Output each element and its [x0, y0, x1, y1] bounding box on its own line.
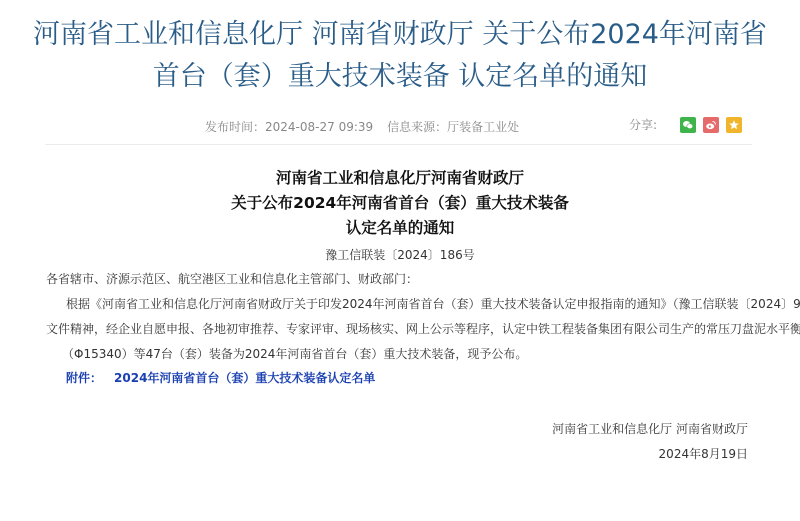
- star-icon: [728, 119, 740, 131]
- share-wechat-button[interactable]: [680, 117, 696, 133]
- attachment-link[interactable]: 2024年河南省首台（套）重大技术装备认定名单: [114, 371, 375, 385]
- page-title-line1: 河南省工业和信息化厅 河南省财政厅 关于公布2024年河南省: [0, 14, 800, 56]
- page-title-line2: 首台（套）重大技术装备 认定名单的通知: [0, 56, 800, 98]
- document-heading-line2: 关于公布2024年河南省首台（套）重大技术装备: [0, 191, 800, 216]
- paragraph-line-3: （Φ15340）等47台（套）装备为2024年河南省首台（套）重大技术装备，现予…: [62, 345, 782, 362]
- document-number: 豫工信联装〔2024〕186号: [0, 246, 800, 263]
- attachment-label: 附件：: [66, 371, 102, 385]
- meta-info: 发布时间：2024-08-27 09:39信息来源：厅装备工业处: [205, 118, 519, 135]
- signature-org: 河南省工业和信息化厅 河南省财政厅: [552, 417, 748, 442]
- paragraph-line-1: 根据《河南省工业和信息化厅河南省财政厅关于印发2024年河南省首台（套）重大技术…: [66, 295, 786, 312]
- source-value: 厅装备工业处: [447, 120, 519, 134]
- paragraph-line-2: 文件精神，经企业自愿申报、各地初审推荐、专家评审、现场核实、网上公示等程序，认定…: [46, 320, 766, 337]
- wechat-icon: [682, 119, 694, 131]
- signature-date: 2024年8月19日: [552, 442, 748, 467]
- share-favorite-button[interactable]: [726, 117, 742, 133]
- share-bar: 分享:: [629, 116, 742, 133]
- document-heading-line1: 河南省工业和信息化厅河南省财政厅: [0, 166, 800, 191]
- document-heading: 河南省工业和信息化厅河南省财政厅 关于公布2024年河南省首台（套）重大技术装备…: [0, 166, 800, 241]
- source-label: 信息来源：: [387, 120, 447, 134]
- signature: 河南省工业和信息化厅 河南省财政厅 2024年8月19日: [552, 417, 748, 467]
- meta-bar: 发布时间：2024-08-27 09:39信息来源：厅装备工业处 分享:: [45, 110, 752, 145]
- salutation: 各省辖市、济源示范区、航空港区工业和信息化主管部门、财政部门：: [46, 270, 766, 287]
- weibo-icon: [705, 119, 717, 131]
- document-heading-line3: 认定名单的通知: [0, 216, 800, 241]
- attachment: 附件：2024年河南省首台（套）重大技术装备认定名单: [66, 369, 375, 386]
- publish-time-label: 发布时间：: [205, 120, 265, 134]
- page-title: 河南省工业和信息化厅 河南省财政厅 关于公布2024年河南省 首台（套）重大技术…: [0, 14, 800, 98]
- share-weibo-button[interactable]: [703, 117, 719, 133]
- publish-time: 2024-08-27 09:39: [265, 120, 373, 134]
- share-label: 分享:: [629, 116, 657, 133]
